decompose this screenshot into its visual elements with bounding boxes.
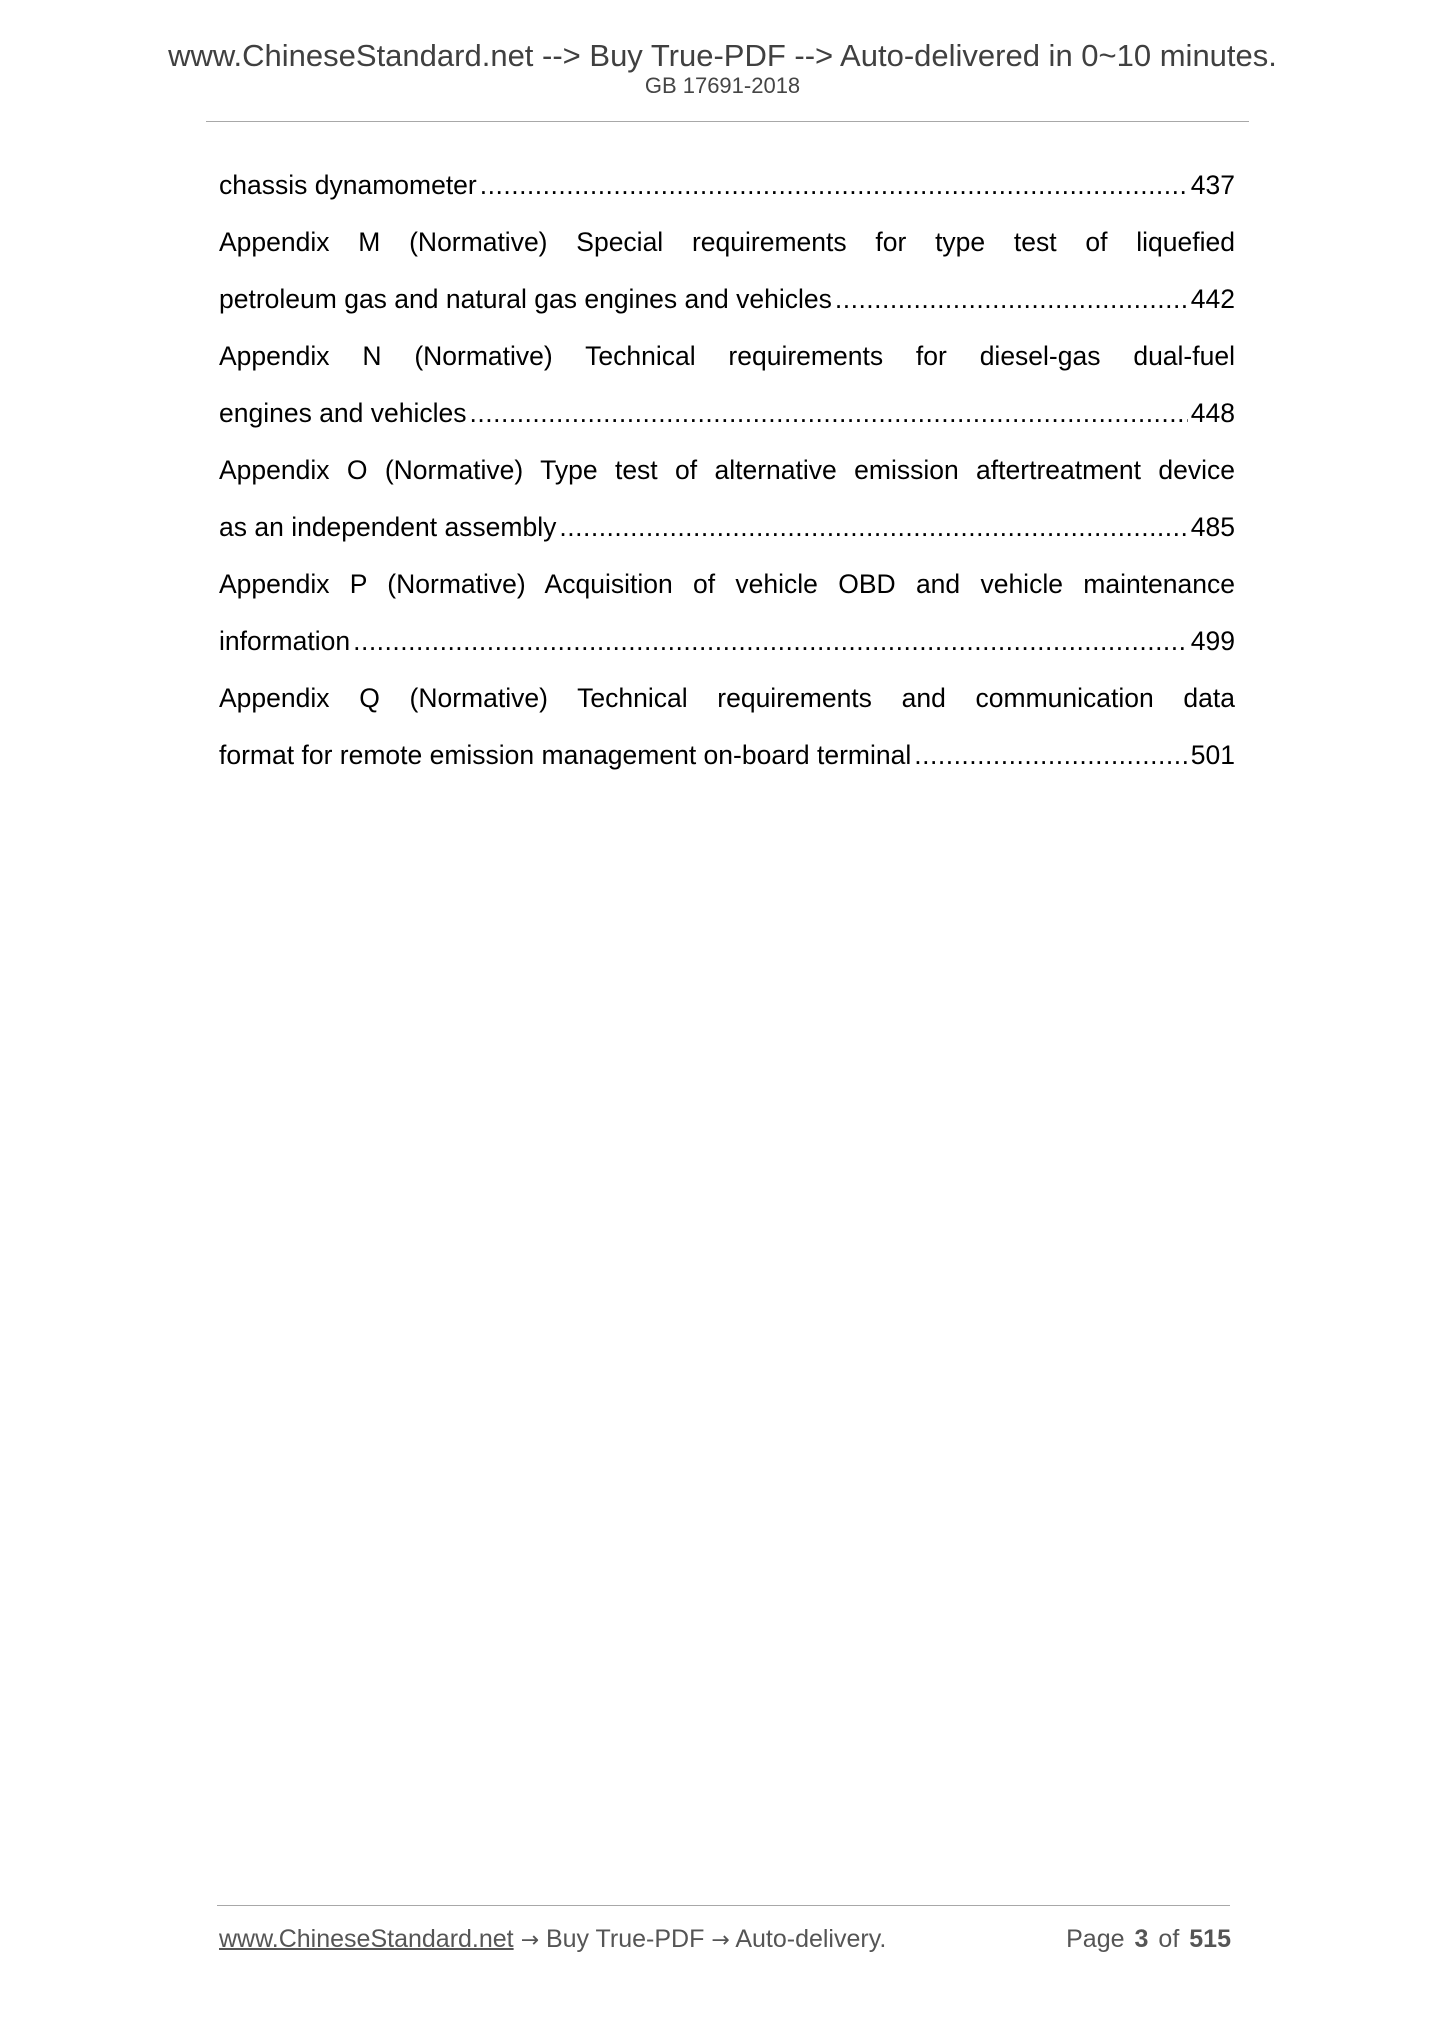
table-of-contents: chassis dynamometer437Appendix M (Normat… [219, 165, 1235, 792]
page-of: of [1158, 1925, 1179, 1953]
toc-entry-title: information [219, 621, 350, 661]
page-label: Page [1066, 1925, 1124, 1953]
dot-leader [835, 279, 1188, 319]
toc-entry-title-line[interactable]: Appendix M (Normative) Special requireme… [219, 222, 1235, 279]
toc-entry-title-line[interactable]: Appendix O (Normative) Type test of alte… [219, 450, 1235, 507]
dot-leader [914, 735, 1188, 775]
delivery-text: Auto-delivery. [735, 1925, 886, 1953]
toc-entry-title: format for remote emission management on… [219, 735, 911, 775]
toc-entry-title-line[interactable]: Appendix P (Normative) Acquisition of ve… [219, 564, 1235, 621]
page-current: 3 [1135, 1925, 1149, 1953]
arrow-right-icon: → [521, 1928, 539, 1953]
dot-leader [559, 507, 1187, 547]
dot-leader [480, 165, 1188, 205]
website-link[interactable]: www.ChineseStandard.net [219, 1925, 514, 1953]
buy-text: Buy True-PDF [546, 1925, 704, 1953]
dot-leader [353, 621, 1188, 661]
header-banner: www.ChineseStandard.net --> Buy True-PDF… [0, 38, 1445, 74]
toc-page-number: 437 [1191, 165, 1235, 205]
toc-entry-title: engines and vehicles [219, 393, 467, 433]
page-footer: www.ChineseStandard.net → Buy True-PDF →… [219, 1922, 1231, 1956]
toc-entry-title-line[interactable]: Appendix N (Normative) Technical require… [219, 336, 1235, 393]
toc-entry-title: chassis dynamometer [219, 165, 477, 205]
toc-page-number: 442 [1191, 279, 1235, 319]
toc-entry[interactable]: format for remote emission management on… [219, 735, 1235, 792]
toc-entry[interactable]: petroleum gas and natural gas engines an… [219, 279, 1235, 336]
arrow-right-icon: → [711, 1928, 729, 1953]
toc-entry[interactable]: information499 [219, 621, 1235, 678]
toc-entry[interactable]: chassis dynamometer437 [219, 165, 1235, 222]
toc-entry-title-line[interactable]: Appendix Q (Normative) Technical require… [219, 678, 1235, 735]
page-indicator: Page3of515 [1066, 1922, 1231, 1956]
toc-page-number: 501 [1191, 735, 1235, 775]
toc-entry[interactable]: as an independent assembly485 [219, 507, 1235, 564]
dot-leader [470, 393, 1188, 433]
page-total: 515 [1189, 1925, 1231, 1953]
footer-promo: www.ChineseStandard.net → Buy True-PDF →… [219, 1922, 886, 1958]
toc-entry-title: as an independent assembly [219, 507, 556, 547]
toc-entry[interactable]: engines and vehicles448 [219, 393, 1235, 450]
standard-number: GB 17691-2018 [0, 74, 1445, 98]
toc-page-number: 499 [1191, 621, 1235, 661]
header-divider [206, 121, 1249, 122]
toc-page-number: 448 [1191, 393, 1235, 433]
toc-page-number: 485 [1191, 507, 1235, 547]
toc-entry-title: petroleum gas and natural gas engines an… [219, 279, 832, 319]
footer-divider [217, 1905, 1230, 1906]
